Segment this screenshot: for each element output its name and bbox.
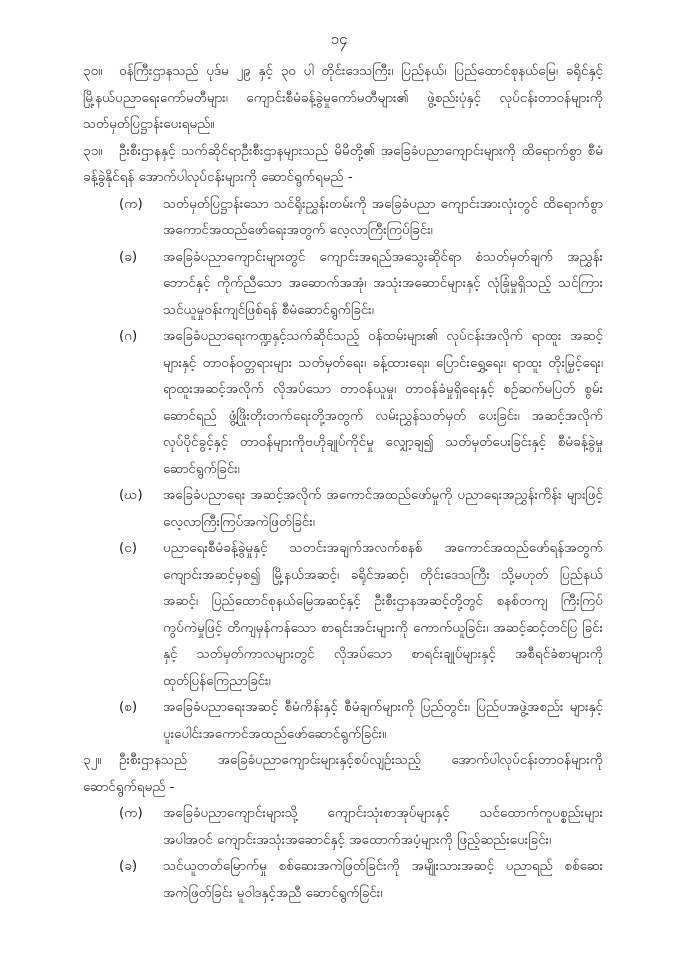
item-text: သင်ယူတတ်မြောက်မှု စစ်ဆေးအကဲဖြတ်ခြင်းကို …: [163, 858, 603, 901]
section-31-items: (က) သတ်မှတ်ပြဋ္ဌာန်းသော သင်ရိုးညွှန်းတမ်…: [83, 191, 603, 748]
section-30: ၃၀။ဝန်ကြီးဌာနသည် ပုဒ်မ ၂၉ နှင့် ၃၀ ပါ တိ…: [83, 58, 603, 138]
item-label: (က): [119, 800, 163, 827]
item-text: အခြေခံပညာရေးအဆင့် စီမံကိန်းနှင့် စီမံချက…: [163, 699, 603, 742]
list-item: (က) အခြေခံပညာကျောင်းများသို့ ကျောင်းသုံး…: [83, 800, 603, 853]
section-text: ဦးစီးဌာနနှင့် သက်ဆိုင်ရာဦးစီးဌာနများသည် …: [83, 143, 603, 186]
list-item: (ဃ) အခြေခံပညာရေး အဆင့်အလိုက် အကောင်အထည်ဖ…: [83, 482, 603, 535]
item-text: အခြေခံပညာကျောင်းများတွင် ကျောင်းအရည်အသွေ…: [163, 249, 603, 318]
item-label: (င): [119, 535, 163, 562]
item-label: (ဃ): [119, 482, 163, 509]
list-item: (ဂ) အခြေခံပညာရေးကဏ္ဍနှင့်သက်ဆိုင်သည့် ဝန…: [83, 323, 603, 482]
item-label: (ဂ): [119, 323, 163, 350]
document-body: ၃၀။ဝန်ကြီးဌာနသည် ပုဒ်မ ၂၉ နှင့် ၃၀ ပါ တိ…: [83, 58, 603, 906]
list-item: (က) သတ်မှတ်ပြဋ္ဌာန်းသော သင်ရိုးညွှန်းတမ်…: [83, 191, 603, 244]
item-text: ပညာရေးစီမံခန့်ခွဲမှုနှင့် သတင်းအချက်အလက်…: [163, 540, 603, 689]
section-text: ဝန်ကြီးဌာနသည် ပုဒ်မ ၂၉ နှင့် ၃၀ ပါ တိုင်…: [83, 63, 603, 132]
item-text: အခြေခံပညာကျောင်းများသို့ ကျောင်းသုံးစာအု…: [163, 805, 603, 848]
list-item: (င) ပညာရေးစီမံခန့်ခွဲမှုနှင့် သတင်းအချက်…: [83, 535, 603, 694]
item-label: (ခ): [119, 853, 163, 880]
section-32: ၃၂။ဦးစီးဌာနသည် အခြေခံပညာကျောင်းများနှင့်…: [83, 747, 603, 800]
item-label: (စ): [119, 694, 163, 721]
list-item: (စ) အခြေခံပညာရေးအဆင့် စီမံကိန်းနှင့် စီမ…: [83, 694, 603, 747]
section-number: ၃၁။: [83, 138, 119, 165]
list-item: (ခ) အခြေခံပညာကျောင်းများတွင် ကျောင်းအရည်…: [83, 244, 603, 324]
list-item: (ခ) သင်ယူတတ်မြောက်မှု စစ်ဆေးအကဲဖြတ်ခြင်း…: [83, 853, 603, 906]
item-text: အခြေခံပညာရေး အဆင့်အလိုက် အကောင်အထည်ဖော်မ…: [163, 487, 603, 530]
item-text: သတ်မှတ်ပြဋ္ဌာန်းသော သင်ရိုးညွှန်းတမ်းကို…: [163, 196, 603, 239]
section-number: ၃၂။: [83, 747, 119, 774]
item-label: (ခ): [119, 244, 163, 271]
section-32-items: (က) အခြေခံပညာကျောင်းများသို့ ကျောင်းသုံး…: [83, 800, 603, 906]
item-text: အခြေခံပညာရေးကဏ္ဍနှင့်သက်ဆိုင်သည့် ဝန်ထမ်…: [163, 328, 603, 477]
section-number: ၃၀။: [83, 58, 119, 85]
section-text: ဦးစီးဌာနသည် အခြေခံပညာကျောင်းများနှင့်စပ်…: [83, 752, 603, 795]
item-label: (က): [119, 191, 163, 218]
section-31: ၃၁။ဦးစီးဌာနနှင့် သက်ဆိုင်ရာဦးစီးဌာနများသ…: [83, 138, 603, 191]
page-number: ၁၄: [0, 30, 678, 52]
